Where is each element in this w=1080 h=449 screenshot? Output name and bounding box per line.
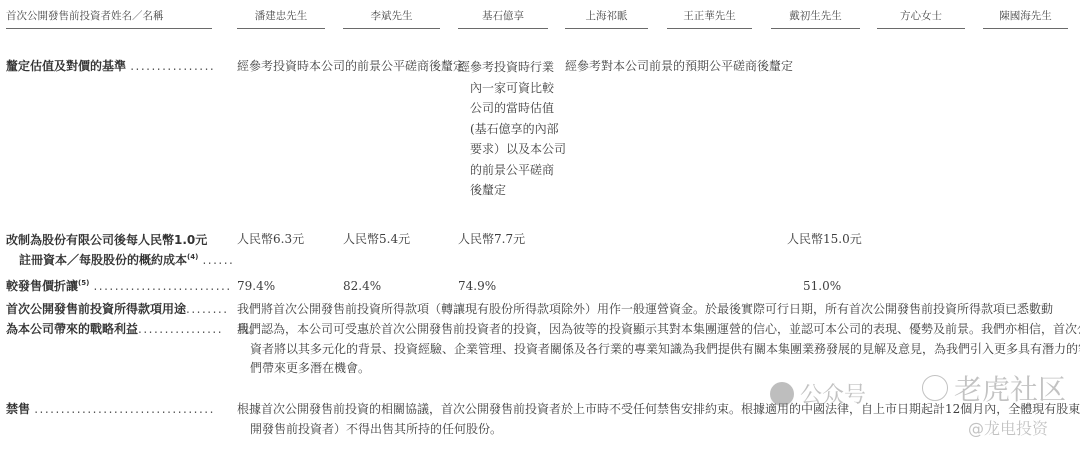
row-label-cost-per-share: 改制為股份有限公司後每人民幣1.0元 註冊資本／每股股份的概約成本(4) ...… xyxy=(6,230,234,270)
text-line: (基石億享的內部 xyxy=(458,119,566,140)
valuation-basis-col-1-2: 經參考投資時本公司的前景公平磋商後釐定 xyxy=(237,57,465,76)
cost-col-4-8: 人民幣15.0元 xyxy=(787,230,862,249)
cost-col-2: 人民幣5.4元 xyxy=(343,230,410,249)
discount-col-1: 79.4% xyxy=(237,277,275,296)
row-label-discount: 較發售價折讓(5) .......................... xyxy=(6,277,232,296)
leader-dots: ................ xyxy=(138,322,223,336)
label-text: 首次公開發售前投資所得款項用途 xyxy=(6,302,186,316)
text-line: 經參考投資時行業 xyxy=(458,57,566,78)
header-investor-6: 戴初生先生 xyxy=(771,8,860,29)
header-investor-8: 陳國海先生 xyxy=(983,8,1068,29)
footnote-ref: (4) xyxy=(187,253,198,261)
header-investor-1: 潘建忠先生 xyxy=(237,8,325,29)
cost-col-3: 人民幣7.7元 xyxy=(458,230,525,249)
valuation-basis-col-4-8: 經參考對本公司前景的預期公平磋商後釐定 xyxy=(565,57,793,76)
text-line: 資者將以其多元化的背景、投資經驗、企業管理、投資者關係及各行業的專業知識為我們提… xyxy=(237,340,1067,360)
leader-dots: ................ xyxy=(130,59,215,73)
text-line: 的前景公平磋商 xyxy=(458,160,566,181)
discount-col-4-8: 51.0% xyxy=(803,277,841,296)
wechat-icon xyxy=(770,382,794,406)
leader-dots: .................................. xyxy=(34,402,215,416)
label-text: 較發售價折讓 xyxy=(6,279,78,293)
community-watermark: 老虎社区 xyxy=(922,368,1066,408)
label-text: 註冊資本／每股股份的概約成本 xyxy=(19,253,187,267)
footnote-ref: (5) xyxy=(78,279,89,287)
leader-dots: ........ xyxy=(186,302,229,316)
label-text: 為本公司帶來的戰略利益 xyxy=(6,322,138,336)
row-label-use-of-proceeds: 首次公開發售前投資所得款項用途........ xyxy=(6,300,229,319)
header-investor-3: 基石億享 xyxy=(458,8,548,29)
leader-dots: .......................... xyxy=(93,279,231,293)
leader-dots: ...... xyxy=(202,253,234,267)
header-investor-name: 首次公開發售前投資者姓名／名稱 xyxy=(6,8,212,29)
watermark-text: 老虎社区 xyxy=(954,368,1066,408)
label-text: 禁售 xyxy=(6,402,30,416)
header-investor-5: 王正華先生 xyxy=(667,8,752,29)
handle-watermark: @龙电投资 xyxy=(968,416,1048,439)
valuation-basis-col-3: 經參考投資時行業 內一家可資比較 公司的當時估值 (基石億享的內部 要求）以及本… xyxy=(458,57,566,201)
watermark-text: 公众号 xyxy=(800,378,866,409)
text-line: 後釐定 xyxy=(458,180,566,201)
row-label-strategic-benefits: 為本公司帶來的戰略利益................ xyxy=(6,320,223,339)
label-text: 釐定估值及對價的基準 xyxy=(6,59,126,73)
header-investor-7: 方心女士 xyxy=(877,8,965,29)
label-text: 改制為股份有限公司後每人民幣1.0元 xyxy=(6,230,234,250)
header-investor-2: 李斌先生 xyxy=(343,8,440,29)
text-line: 內一家可資比較 xyxy=(458,78,566,99)
tiger-logo-icon xyxy=(922,375,948,401)
header-investor-4: 上海祁眽 xyxy=(565,8,648,29)
text-line: 我們認為，本公司可受惠於首次公開發售前投資者的投資，因為彼等的投資顯示其對本集團… xyxy=(237,320,1067,340)
cost-col-1: 人民幣6.3元 xyxy=(237,230,304,249)
text-line: 要求）以及本公司 xyxy=(458,139,566,160)
discount-col-3: 74.9% xyxy=(458,277,496,296)
text-line: 開發售前投資者）不得出售其所持的任何股份。 xyxy=(237,420,1067,440)
row-label-valuation-basis: 釐定估值及對價的基準 ................ xyxy=(6,57,215,76)
text-line: 公司的當時估值 xyxy=(458,98,566,119)
row-label-lock-up: 禁售 .................................. xyxy=(6,400,215,419)
wechat-watermark: 公众号 xyxy=(770,378,866,409)
discount-col-2: 82.4% xyxy=(343,277,381,296)
